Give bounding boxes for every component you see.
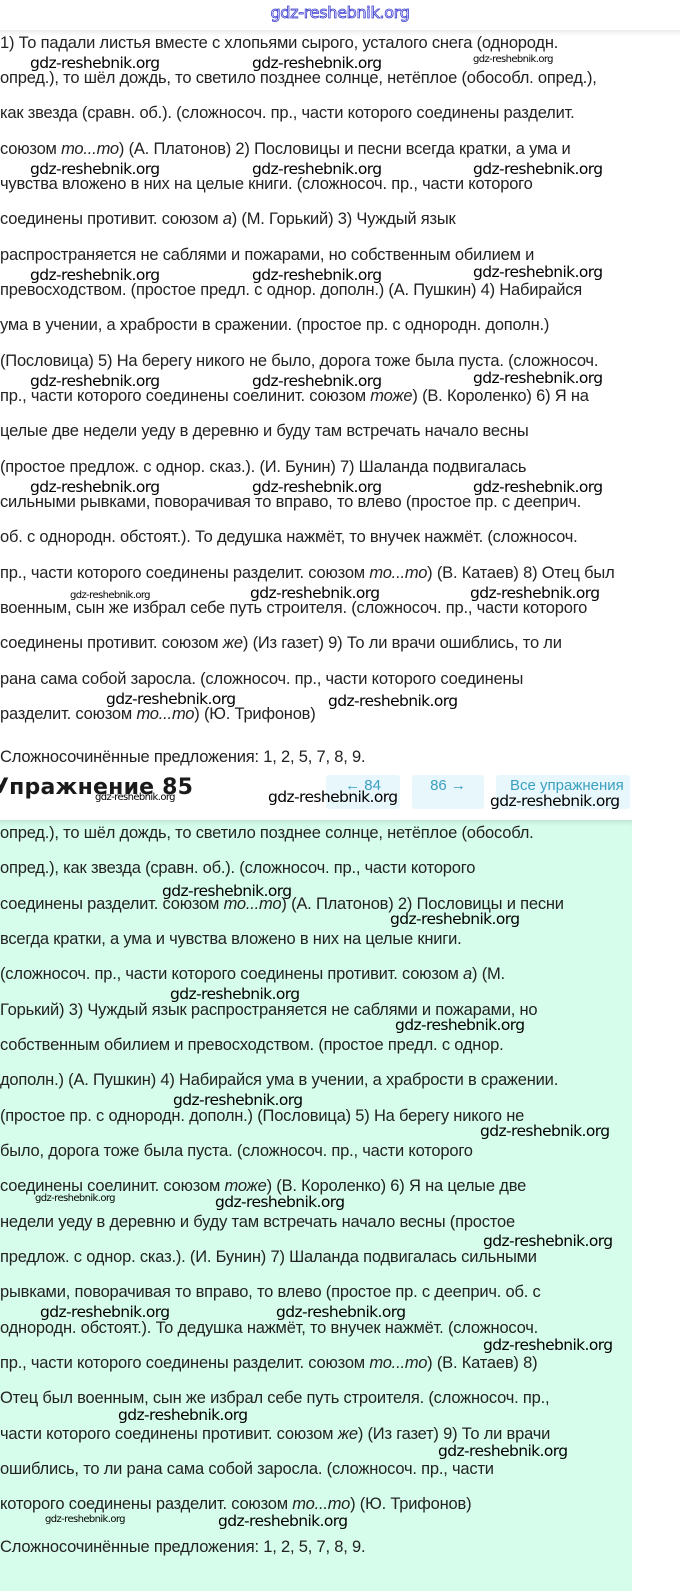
watermark-text: gdz-reshebnik.org xyxy=(483,1232,613,1250)
watermark-text: gdz-reshebnik.org xyxy=(252,478,382,496)
answer-line: пр., части которого соединены разделит. … xyxy=(0,1354,537,1373)
watermark-text: gdz-reshebnik.org xyxy=(45,1514,125,1525)
watermark-text: gdz-reshebnik.org xyxy=(473,54,553,65)
watermark-text: gdz-reshebnik.org xyxy=(328,692,458,710)
answer-line: опред.), то шёл дождь, то светило поздне… xyxy=(0,824,534,843)
answer-line: рывками, поворачивая то вправо, то влево… xyxy=(0,1283,541,1302)
answer-line: недели уеду в деревню и буду там встреча… xyxy=(0,1213,515,1232)
watermark-text: gdz-reshebnik.org xyxy=(438,1442,568,1460)
watermark-text: gdz-reshebnik.org xyxy=(170,985,300,1003)
watermark-text: gdz-reshebnik.org xyxy=(215,1193,345,1211)
watermark-text: gdz-reshebnik.org xyxy=(252,372,382,390)
watermark-text: gdz-reshebnik.org xyxy=(70,590,150,601)
answer-line: собственным обилием и превосходством. (п… xyxy=(0,1036,504,1055)
watermark-text: gdz-reshebnik.org xyxy=(390,910,520,928)
answer-line: (сложносоч. пр., части которого соединен… xyxy=(0,965,505,984)
watermark-text: gdz-reshebnik.org xyxy=(252,266,382,284)
watermark-text: gdz-reshebnik.org xyxy=(30,266,160,284)
watermark-text: gdz-reshebnik.org xyxy=(35,1193,115,1204)
watermark-text: gdz-reshebnik.org xyxy=(470,584,600,602)
watermark-text: gdz-reshebnik.org xyxy=(480,1122,610,1140)
watermark-text: gdz-reshebnik.org xyxy=(473,478,603,496)
answer-line: однородн. обстоят.). То дедушка нажмёт, … xyxy=(0,1319,538,1338)
answer-summary: Сложносочинённые предложения: 1, 2, 5, 7… xyxy=(0,1538,365,1557)
watermark-text: gdz-reshebnik.org xyxy=(252,54,382,72)
watermark-text: gdz-reshebnik.org xyxy=(173,1091,303,1109)
answer-line: опред.), как звезда (сравн. об.). (сложн… xyxy=(0,859,475,878)
watermark-text: gdz-reshebnik.org xyxy=(276,1303,406,1321)
watermark-text: gdz-reshebnik.org xyxy=(30,160,160,178)
watermark-text: gdz-reshebnik.org xyxy=(483,1336,613,1354)
answer-line: Отец был военным, сын же избрал себе пут… xyxy=(0,1389,549,1408)
watermark-text: gdz-reshebnik.org xyxy=(252,160,382,178)
watermark-text: gdz-reshebnik.org xyxy=(95,792,175,803)
watermark-text: gdz-reshebnik.org xyxy=(473,160,603,178)
watermark-text: gdz-reshebnik.org xyxy=(30,372,160,390)
watermark-text: gdz-reshebnik.org xyxy=(40,1303,170,1321)
watermark-text: gdz-reshebnik.org xyxy=(250,584,380,602)
watermark-text: gdz-reshebnik.org xyxy=(30,478,160,496)
watermark-text: gdz-reshebnik.org xyxy=(106,690,236,708)
watermark-text: gdz-reshebnik.org xyxy=(162,882,292,900)
watermark-text: gdz-reshebnik.org xyxy=(473,369,603,387)
answer-line: дополн.) (А. Пушкин) 4) Набирайся ума в … xyxy=(0,1071,558,1090)
watermark-text: gdz-reshebnik.org xyxy=(30,54,160,72)
watermark-text: gdz-reshebnik.org xyxy=(118,1406,248,1424)
watermark-text: gdz-reshebnik.org xyxy=(218,1512,348,1530)
answer-line: (простое пр. с однородн. дополн.) (Посло… xyxy=(0,1107,524,1126)
watermark-text: gdz-reshebnik.org xyxy=(490,792,620,810)
answer-line: всегда кратки, а ума и чувства вложено в… xyxy=(0,930,462,949)
watermark-text: gdz-reshebnik.org xyxy=(473,263,603,281)
watermark-text: gdz-reshebnik.org xyxy=(268,788,398,806)
watermark-text: gdz-reshebnik.org xyxy=(395,1016,525,1034)
answer-line: ошиблись, то ли рана сама собой заросла.… xyxy=(0,1460,494,1479)
answer-line: предлож. с однор. сказ.). (И. Бунин) 7) … xyxy=(0,1248,537,1267)
answer-line: было, дорога тоже была пуста. (сложносоч… xyxy=(0,1142,473,1161)
